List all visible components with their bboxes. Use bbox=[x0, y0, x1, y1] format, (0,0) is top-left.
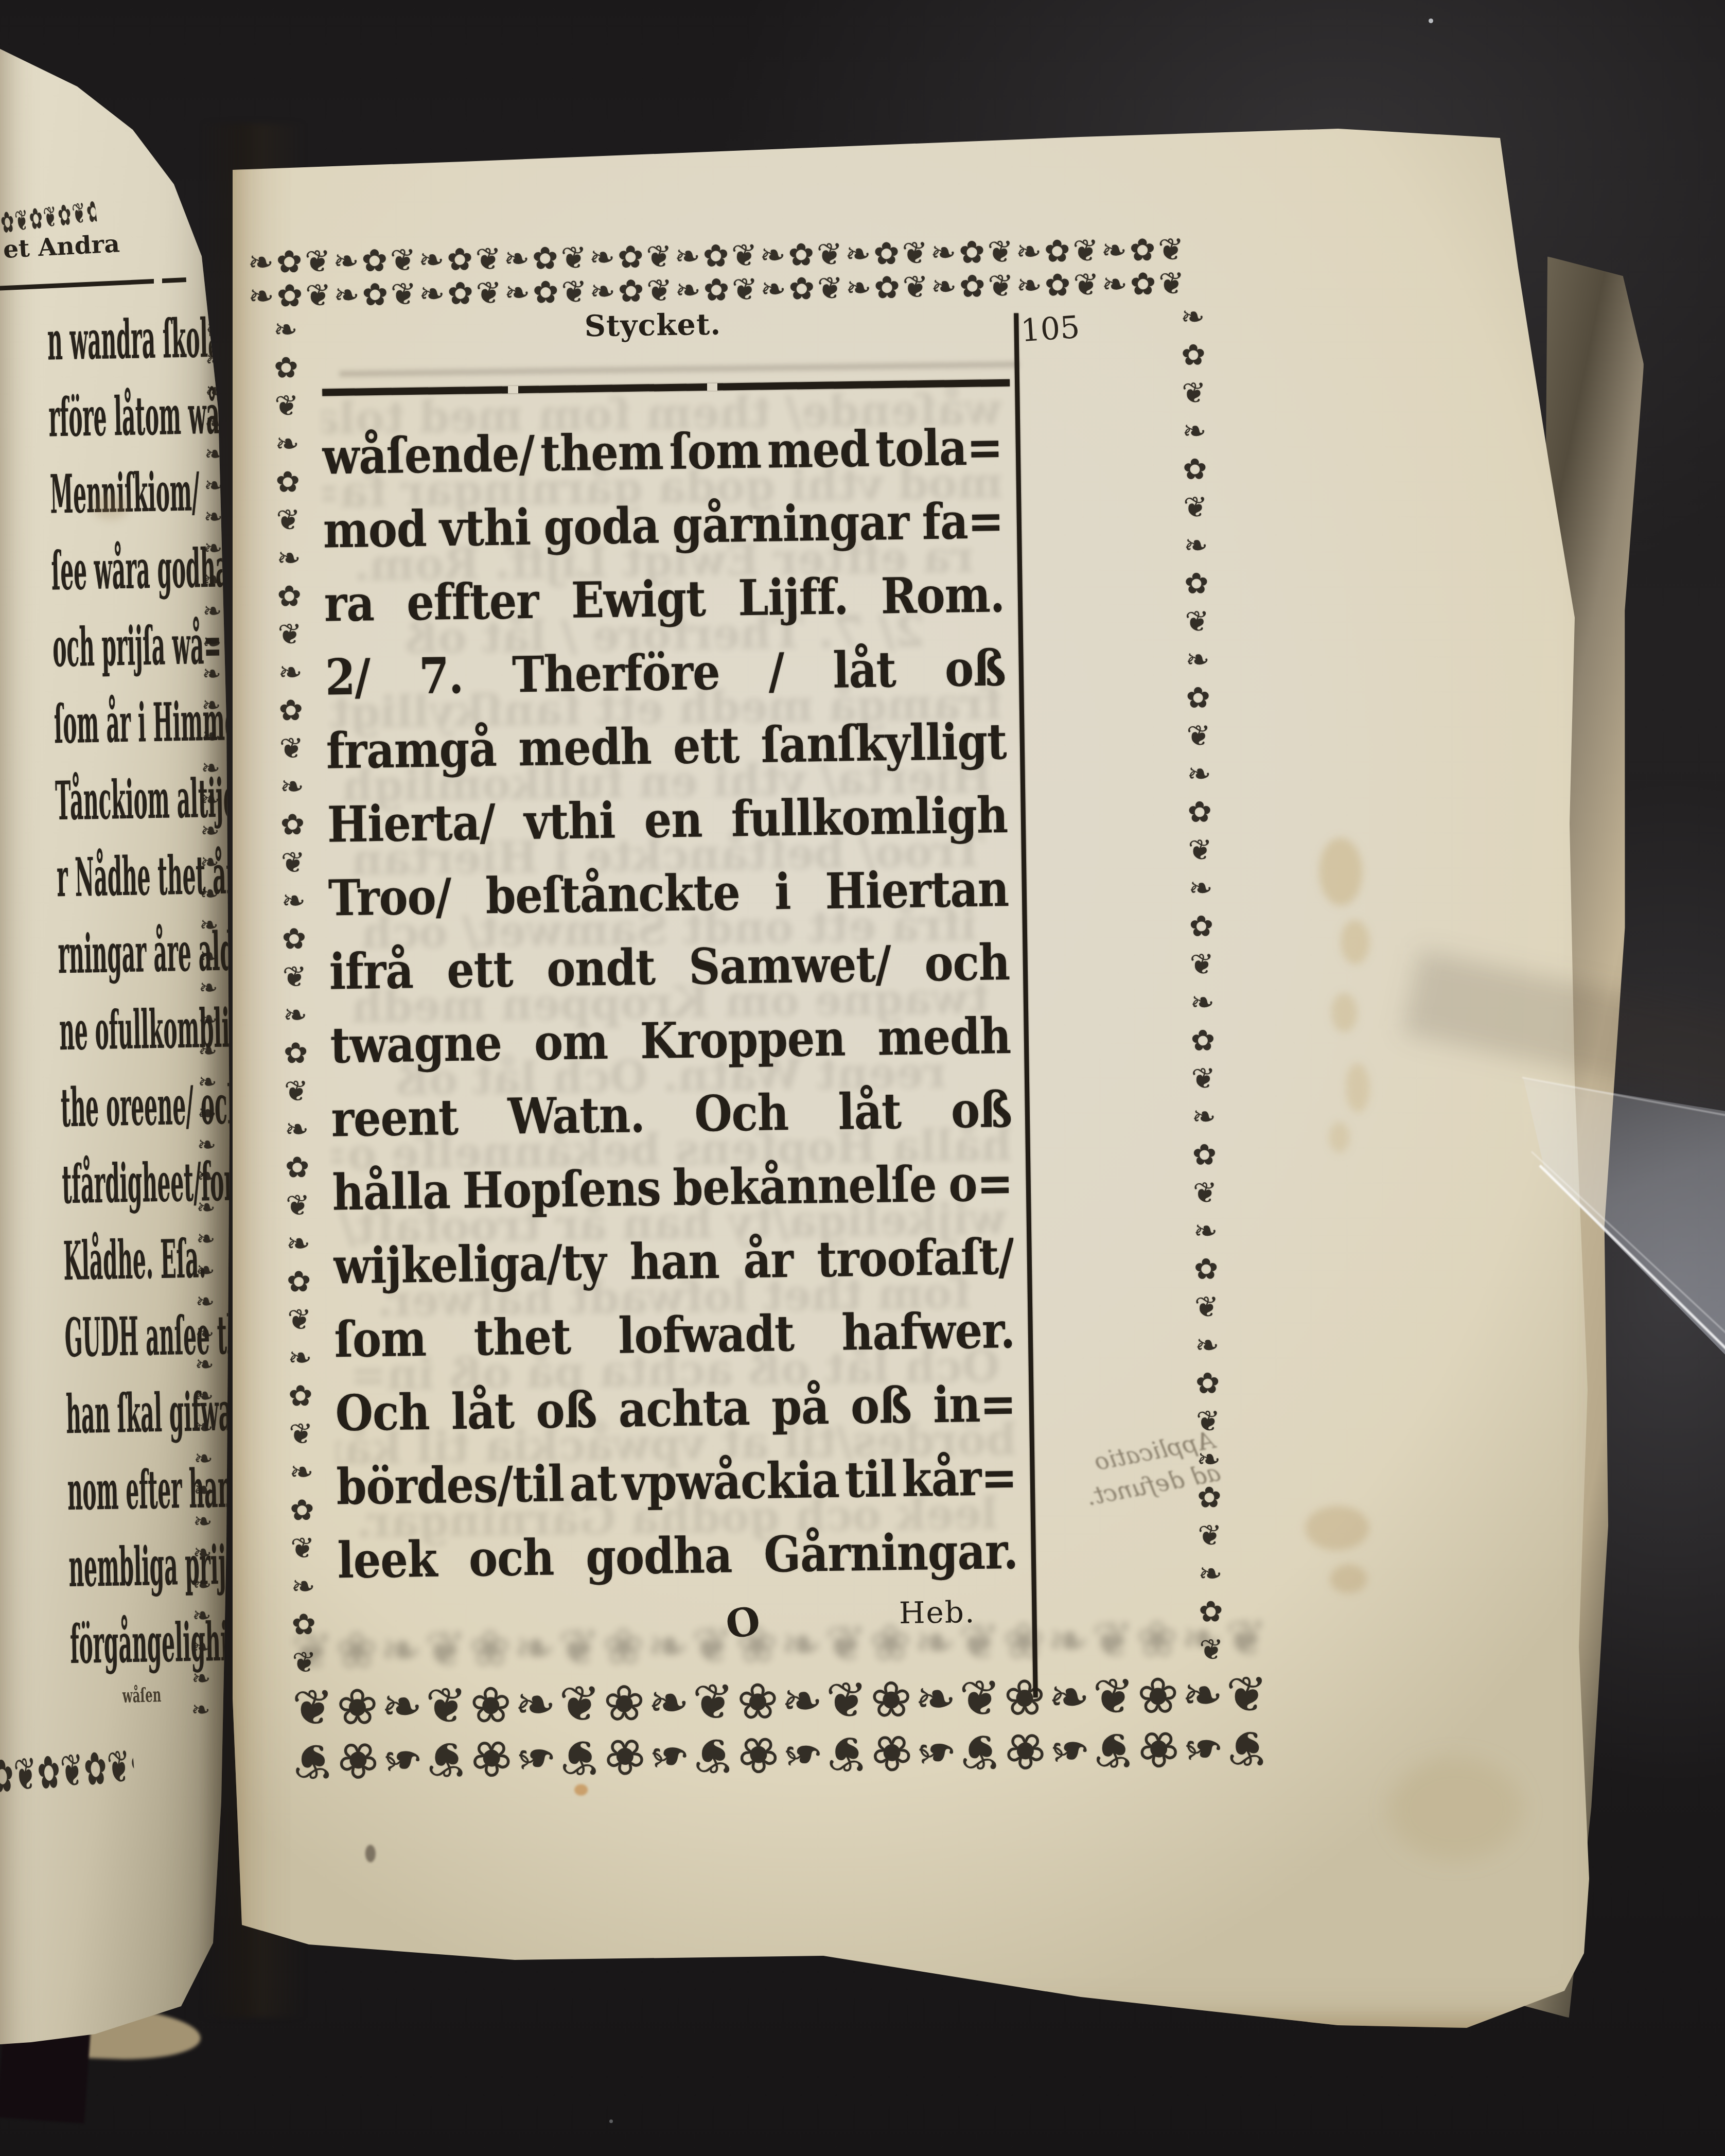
text-line: leekochgodhaGårningar. bbox=[337, 1509, 1018, 1602]
page-number: 105 bbox=[1019, 308, 1099, 349]
page-frame: ❧✿❦❧✿❦❧✿❦❧✿❦❧✿❦❧✿❦❧✿❦❧✿❦❧✿❦❧✿❦❧✿❦❧✿❦❧✿❦❧… bbox=[217, 41, 1636, 2038]
text-line-fragment: rningar åre aldeles bbox=[57, 909, 197, 998]
catchword: Heb. bbox=[899, 1594, 975, 1631]
running-header: Stycket. bbox=[508, 306, 797, 345]
text-line-fragment: Menniſkiom/ bbox=[49, 449, 189, 538]
text-line-fragment: ne ofullkomblighe/ bbox=[59, 986, 199, 1075]
text-line-fragment: rföre låtom wårt bbox=[48, 373, 188, 461]
text-line-fragment: ſee wåra godha bbox=[50, 526, 190, 615]
foxing-stain bbox=[1318, 837, 1363, 906]
text-line-fragment: ſom år i Himme= bbox=[54, 679, 193, 768]
left-border-ornament: ❧✿❦❧✿❦❧✿❦❧✿❦❧✿❦❧✿❦❧✿❦❧✿❦❧✿❦❧✿❦❧✿❦❧✿❦❧✿❦❧… bbox=[249, 313, 321, 1685]
left-catchword: wåſen bbox=[122, 1683, 161, 1707]
foxing-stain bbox=[1331, 993, 1358, 1032]
dust-speck bbox=[1429, 19, 1433, 23]
signature-mark: O bbox=[723, 1598, 763, 1648]
text-line-fragment: Tånckiom altijdh bbox=[55, 756, 195, 845]
text-line-fragment: r Nådhe thet år/ at bbox=[56, 833, 196, 921]
book-photograph: ✿❦✿❦✿❦✿❦✿❦✿❦✿❦✿❦✿❦✿❦✿❦✿❦✿❦✿❦ et Andra n … bbox=[0, 0, 1725, 2156]
left-header-rule bbox=[0, 277, 186, 291]
dust-speck bbox=[609, 2119, 613, 2123]
foxing-stain bbox=[1330, 1564, 1367, 1593]
foxing-stain bbox=[93, 494, 129, 520]
foxing-stain bbox=[1346, 1063, 1370, 1113]
text-line-fragment: the oreene/ och bbox=[60, 1063, 200, 1151]
column-rule bbox=[1014, 313, 1038, 1697]
text-line-fragment: n wandra ſkola. bbox=[47, 296, 187, 384]
foxing-stain bbox=[1305, 1505, 1369, 1551]
header-rule-showthrough bbox=[340, 361, 1019, 376]
ink-fleck bbox=[365, 1845, 376, 1862]
foxing-spot bbox=[574, 1784, 588, 1795]
bottom-border-ornament: ❦❀❧❦❀❧❦❀❧❦❀❧❦❀❧❦❀❧❦❀❧❦❀❧❦❀❧ ❦❀❧❦❀❧❦❀❧❦❀❧… bbox=[292, 1668, 1264, 1791]
right-page: ❧✿❦❧✿❦❧✿❦❧✿❦❧✿❦❧✿❦❧✿❦❧✿❦❧✿❦❧✿❦❧✿❦❧✿❦❧✿❦❧… bbox=[231, 61, 1623, 2038]
text-line-fragment: och prijſa wå= bbox=[52, 603, 192, 691]
main-text-block: wåſende/themſommedtola=modvthigodagårnin… bbox=[322, 410, 1018, 1597]
direction-line: O Heb. bbox=[338, 1594, 1019, 1665]
top-border-ornament: ❧✿❦❧✿❦❧✿❦❧✿❦❧✿❦❧✿❦❧✿❦❧✿❦❧✿❦❧✿❦❧✿❦❧✿❦❧✿❦❧… bbox=[248, 233, 1194, 316]
text-line-fragment: tfårdigheet/ſom bbox=[61, 1140, 201, 1228]
foxing-stain bbox=[1341, 920, 1370, 965]
foxing-stain bbox=[1388, 1757, 1523, 1862]
text-line-fragment: Klådhe. Eſa. bbox=[63, 1216, 203, 1305]
left-running-header: et Andra bbox=[3, 230, 120, 264]
foxing-stain bbox=[1329, 1122, 1350, 1153]
left-bottom-border-ornament: ❦✿❦✿❦✿❦✿❦✿❦✿❦✿❦✿❦✿❦✿ bbox=[0, 1721, 137, 1827]
